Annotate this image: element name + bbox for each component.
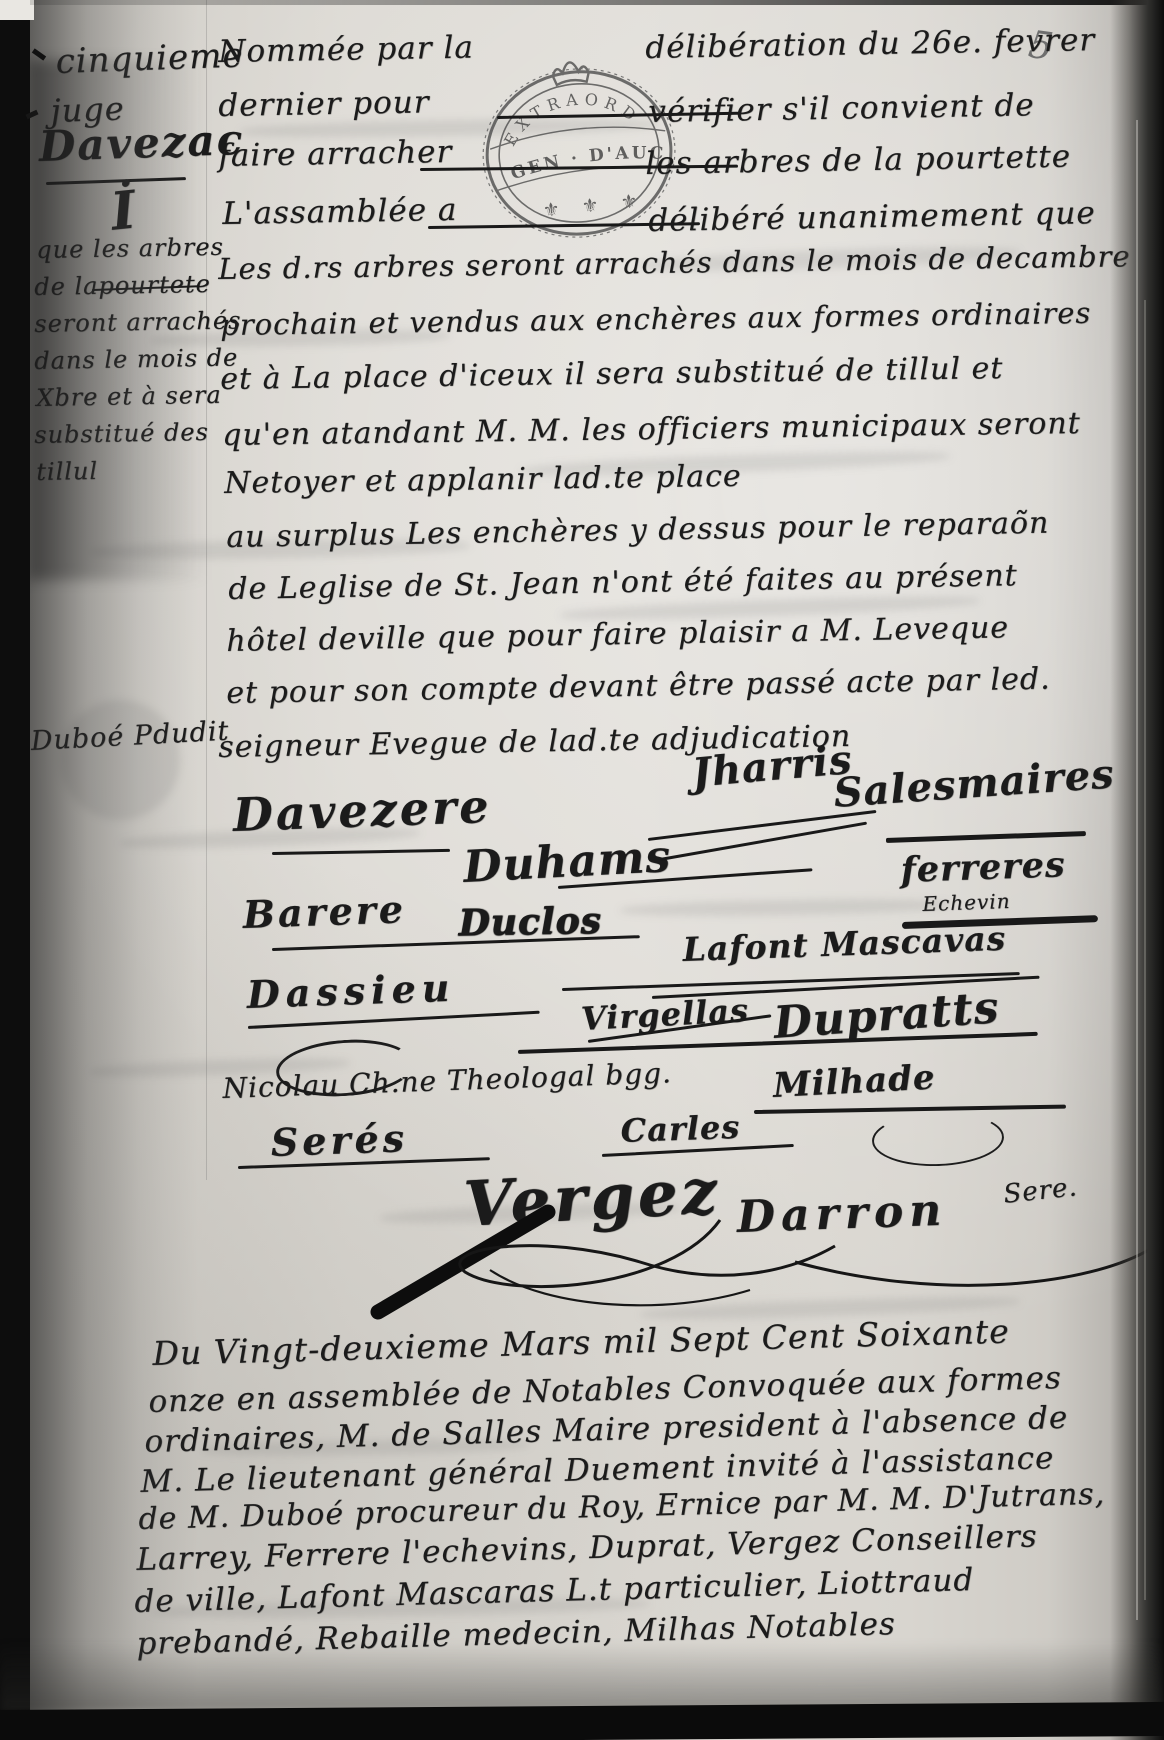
body-line-left: L'assamblée a: [222, 192, 458, 232]
signature-davezere: Davezere: [232, 779, 492, 842]
body-line-left: dernier pour: [218, 84, 430, 124]
right-page-edge-streak: [1136, 120, 1138, 1620]
left-edge-notch: [0, 0, 34, 20]
right-page-edge-streak: [1144, 300, 1146, 1600]
body-line: et à La place d'iceux il sera substitué …: [220, 351, 1004, 397]
body-line-right: délibéré unanimement que: [648, 195, 1096, 239]
bleed-through: [620, 897, 950, 918]
body-line-left: faire arracher: [218, 134, 453, 174]
body-line: Les d.rs arbres seront arrachés dans le …: [218, 239, 1131, 286]
signature-dassieu: Dassieu: [246, 965, 456, 1017]
signature-barere: Barere: [242, 886, 407, 937]
left-black-edge: [0, 0, 30, 1740]
signature-ferreres: ferreres: [900, 844, 1066, 891]
body-line: Netoyer et applanir lad.te place: [224, 459, 742, 501]
signature-barere-underline: [272, 935, 640, 951]
signature-salesmaires-underline: [886, 831, 1086, 843]
body-line: et pour son compte devant être passé act…: [226, 662, 1051, 711]
signature-carles: Carles: [620, 1108, 741, 1150]
signature-salesmaires: Salesmaires: [832, 750, 1116, 817]
signature-milhade: Milhade: [772, 1057, 936, 1105]
signature-davezere-underline: [272, 849, 450, 855]
body-line: au surplus Les enchères y dessus pour le…: [226, 506, 1050, 555]
body-line: Du Vingt-deuxieme Mars mil Sept Cent Soi…: [152, 1312, 1010, 1373]
signature-flourish-strokes: [250, 1150, 1160, 1320]
signature-duhams: Duhams: [462, 831, 672, 893]
top-edge: [30, 0, 1164, 5]
body-line-left: Nommée par la: [218, 30, 474, 70]
bottom-shadow: [0, 1642, 1164, 1712]
signature-milhade-underline: [754, 1105, 1066, 1114]
manuscript-page: 5 EXTRAORD GEN · D'AUCH ⚜ ⚜ ⚜ cinquieme …: [0, 0, 1164, 1740]
signature-lafont-mascavas: Lafont Mascavas: [682, 919, 1007, 969]
left-binding-shadow-upper: [28, 60, 208, 580]
body-line: prochain et vendus aux enchères aux form…: [220, 296, 1092, 342]
body-line: qu'en atandant M. M. les officiers munic…: [222, 406, 1081, 453]
body-line-right: les arbres de la pourtette: [645, 139, 1071, 182]
signature-jharris-flourish: [660, 822, 867, 861]
signature-ferreres-title: Echevin: [922, 889, 1011, 916]
body-line: hôtel deville que pour faire plaisir a M…: [226, 610, 1009, 659]
body-line-right: vérifier s'il convient de: [648, 87, 1035, 130]
